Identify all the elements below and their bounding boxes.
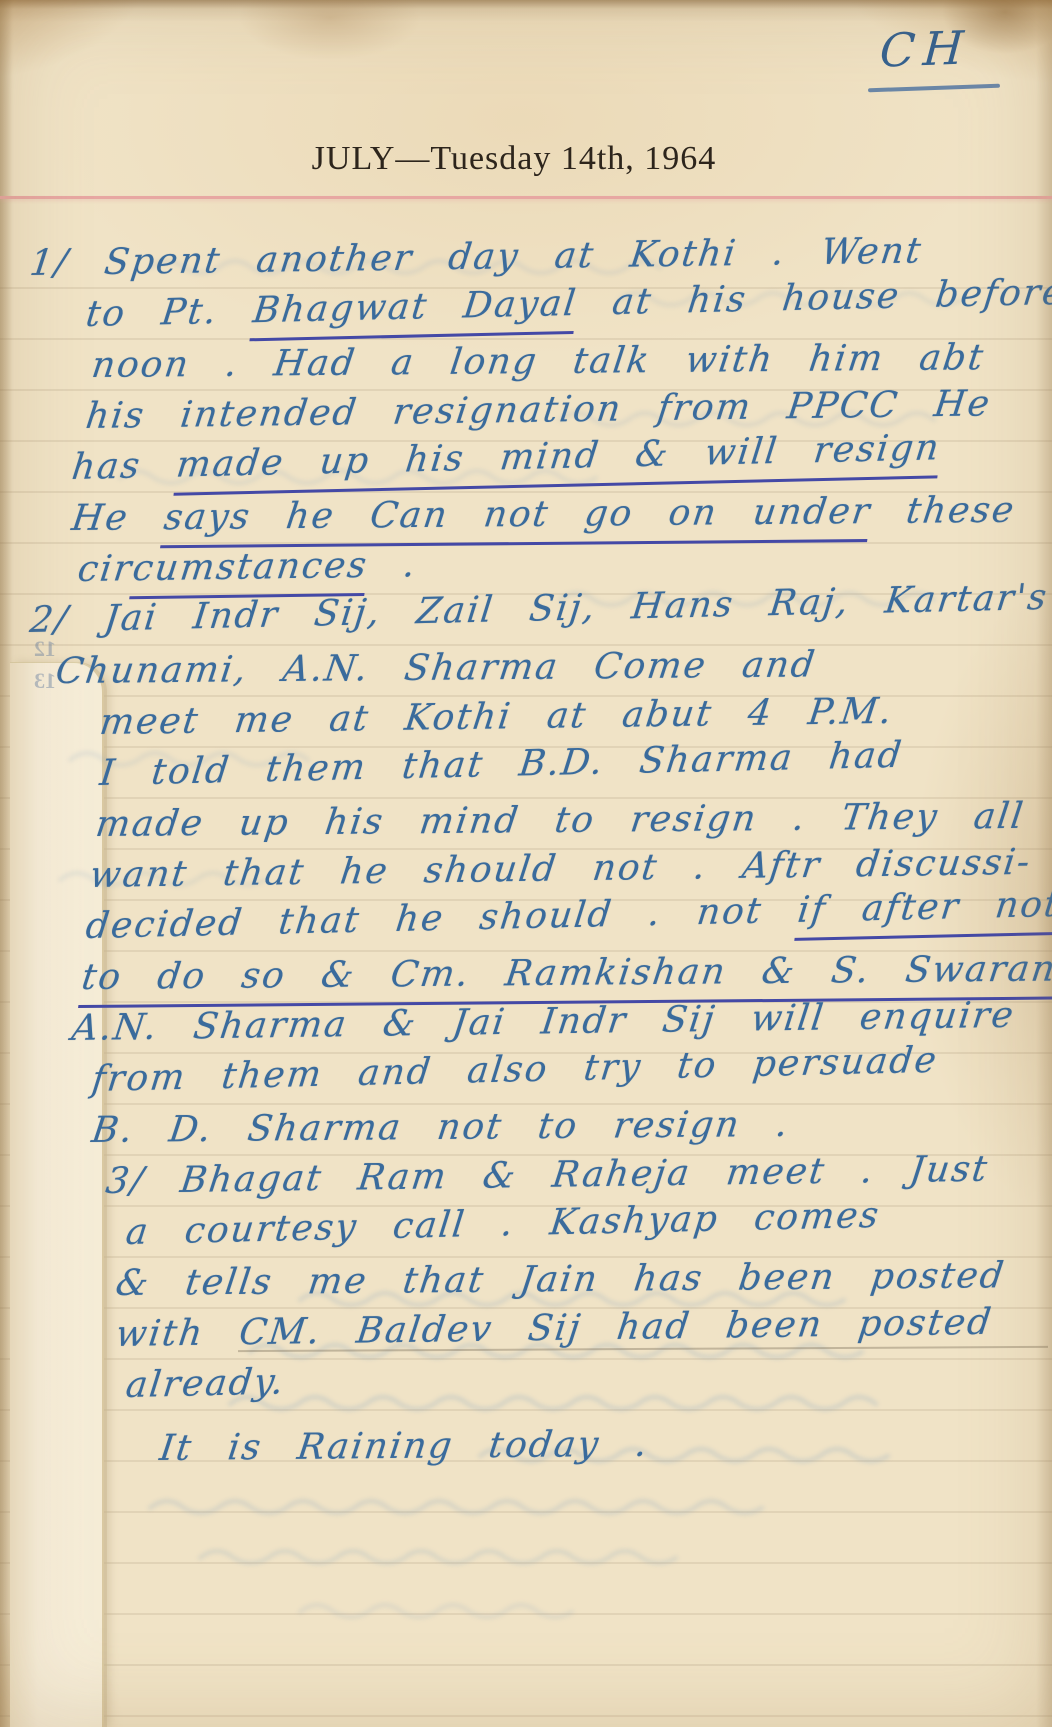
handwritten-text: 1/ Spent another day at Kothi . Went bbox=[27, 231, 924, 285]
handwritten-text: made up his mind to resign . They all bbox=[93, 796, 1027, 845]
handwritten-text: . bbox=[365, 544, 419, 586]
handwritten-text: B. D. Sharma not to resign . bbox=[89, 1104, 792, 1151]
diary-line: made up his mind to resign . They all bbox=[93, 797, 1027, 845]
underlined-text: Bhagwat Dayal bbox=[250, 283, 580, 341]
diary-line: It is Raining today . bbox=[157, 1425, 651, 1469]
underlying-page-edge bbox=[10, 662, 104, 1727]
diary-line: from them and also try to persuade bbox=[90, 1041, 941, 1100]
diary-line: noon . Had a long talk with him abt bbox=[89, 338, 987, 386]
diary-line: meet me at Kothi at abut 4 P.M. bbox=[97, 692, 895, 743]
handwritten-text: noon . Had a long talk with him abt bbox=[89, 337, 987, 386]
handwritten-text: decided that he should . not bbox=[84, 890, 801, 947]
diary-line: decided that he should . not if after no… bbox=[84, 885, 1052, 947]
diary-line: a courtesy call . Kashyap comes bbox=[124, 1196, 883, 1253]
handwritten-text: He bbox=[69, 497, 167, 539]
underlined-text: made up his mind & will resign bbox=[173, 427, 943, 495]
diary-line: to Pt. Bhagwat Dayal at his house before bbox=[84, 273, 1052, 335]
handwritten-text: Chunami, A.N. Sharma Come and bbox=[53, 644, 818, 692]
handwritten-text: already. bbox=[124, 1361, 288, 1406]
handwritten-text: I told them that B.D. Sharma had bbox=[98, 735, 906, 794]
diary-line: B. D. Sharma not to resign . bbox=[89, 1105, 792, 1151]
header-rule-line bbox=[0, 196, 1052, 199]
handwritten-text: has bbox=[70, 445, 179, 488]
handwritten-text: from them and also try to persuade bbox=[90, 1040, 941, 1100]
diary-line: I told them that B.D. Sharma had bbox=[98, 736, 906, 794]
diary-line: already. bbox=[124, 1362, 288, 1406]
diary-line: Chunami, A.N. Sharma Come and bbox=[53, 645, 818, 692]
underlined-text: says he Can not go on under bbox=[160, 491, 874, 548]
handwritten-text: a courtesy call . Kashyap comes bbox=[124, 1195, 883, 1253]
diary-page: 12 13 JULY—Tuesday 14th, 1964 CH 1/ Spen… bbox=[0, 0, 1052, 1727]
handwritten-text: at his house before bbox=[575, 272, 1052, 324]
diary-line: circumstances . bbox=[75, 545, 419, 590]
printed-date-header: JULY—Tuesday 14th, 1964 bbox=[0, 140, 1028, 178]
corner-initials: CH bbox=[878, 20, 973, 77]
underlined-text: cumstances bbox=[129, 545, 370, 599]
diary-line: He says he Can not go on under these bbox=[69, 491, 1018, 539]
handwritten-text: cir bbox=[75, 548, 135, 590]
corner-initials-underline bbox=[868, 84, 1000, 93]
diary-line: 1/ Spent another day at Kothi . Went bbox=[27, 232, 924, 285]
underlined-text: if after not bbox=[794, 884, 1052, 941]
diary-line: & tells me that Jain has been posted bbox=[113, 1256, 1007, 1304]
handwritten-text: & tells me that Jain has been posted bbox=[113, 1255, 1007, 1304]
handwritten-text: these bbox=[868, 490, 1018, 532]
diary-line: 3/ Bhagat Ram & Raheja meet . Just bbox=[103, 1150, 990, 1202]
handwritten-text: It is Raining today . bbox=[157, 1424, 651, 1469]
handwritten-text: to Pt. bbox=[84, 290, 256, 335]
diary-line: to do so & Cm. Ramkishan & S. Swaran Sij bbox=[79, 949, 1052, 998]
handwritten-text: 3/ Bhagat Ram & Raheja meet . Just bbox=[103, 1149, 991, 1202]
handwritten-text: meet me at Kothi at abut 4 P.M. bbox=[97, 691, 895, 743]
diary-line: has made up his mind & will resign bbox=[70, 428, 943, 488]
